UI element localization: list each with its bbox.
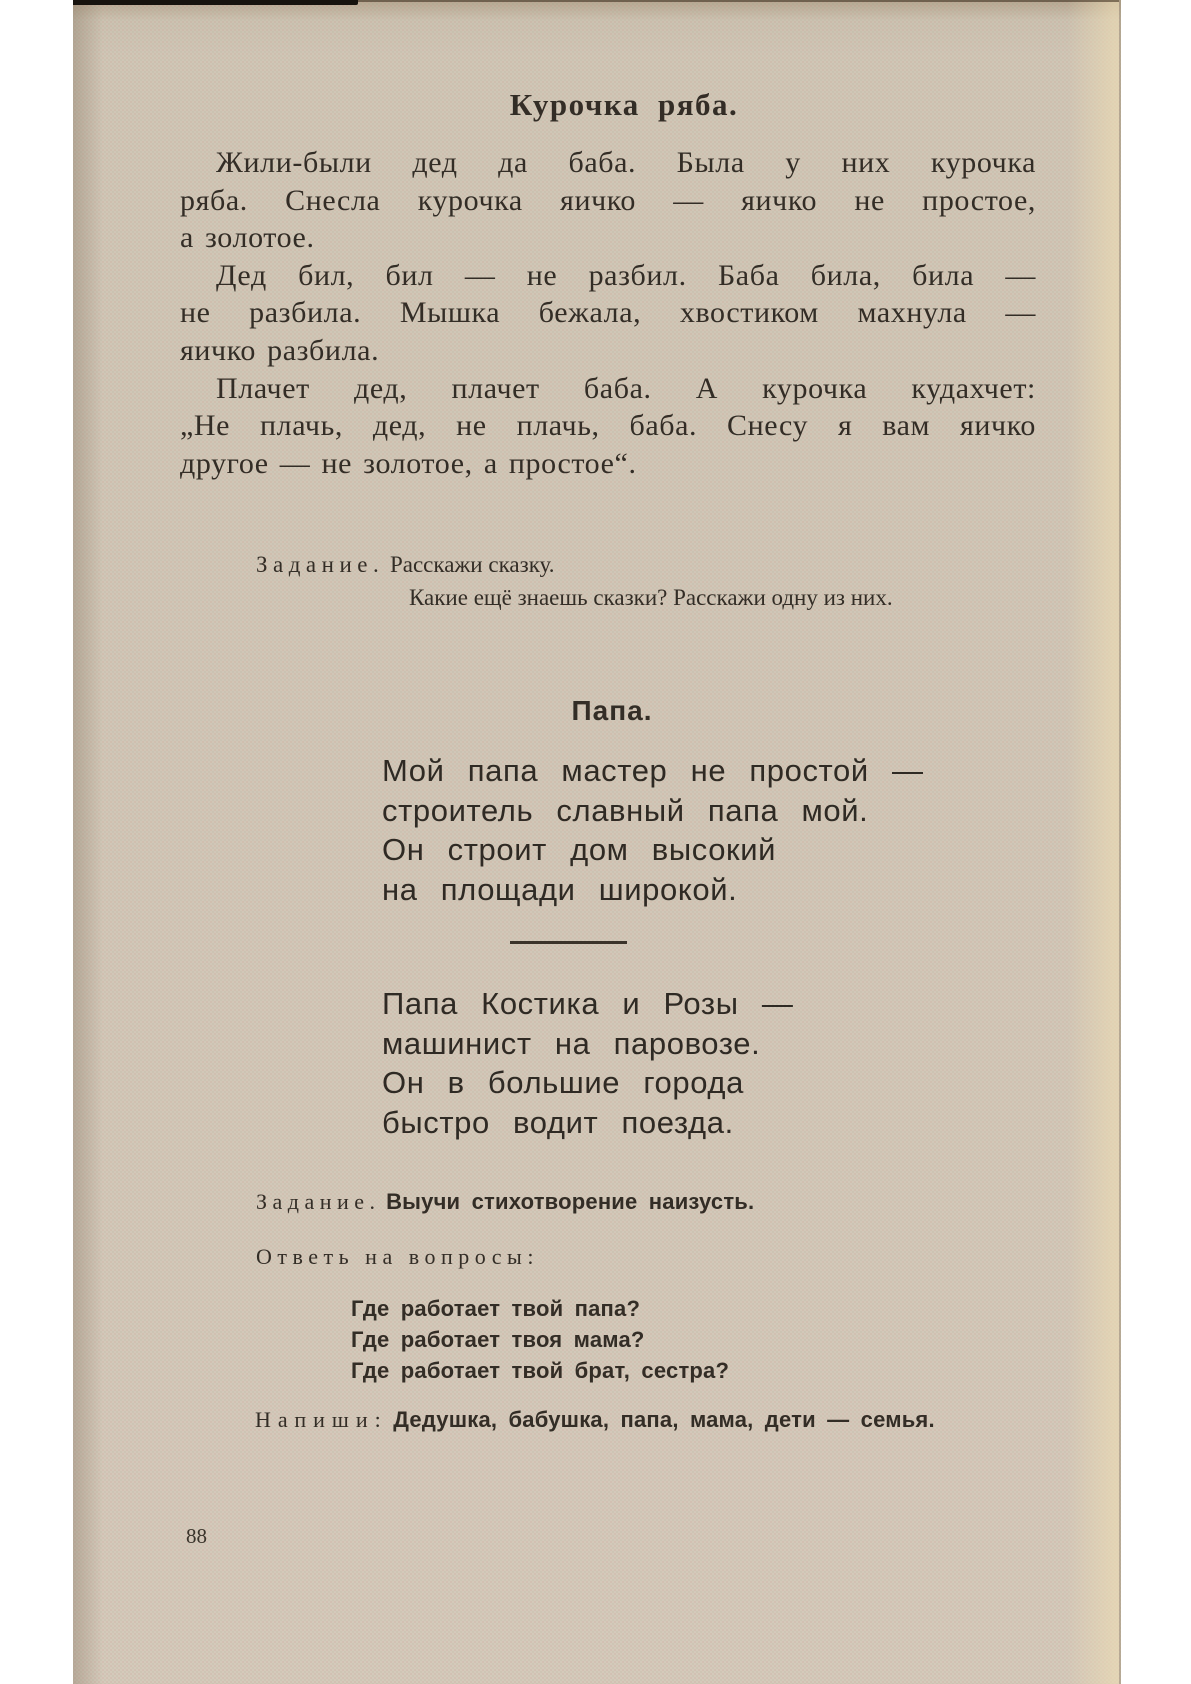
story-paragraph: Дед бил, бил — не разбил. Баба била, бил…	[180, 257, 1036, 370]
text-line: Папа Костика и Розы —	[382, 984, 942, 1024]
text-line: Плачет дед, плачет баба. А курочка кудах…	[180, 370, 1036, 408]
story-paragraph: Плачет дед, плачет баба. А курочка кудах…	[180, 370, 1036, 483]
text-line: „Не плачь, дед, не плачь, баба. Снесу я …	[180, 407, 1036, 445]
text-line: быстро водит поезда.	[382, 1103, 942, 1143]
text-line: а золотое.	[180, 219, 1036, 257]
text-line: Он строит дом высокий	[382, 830, 942, 870]
task-label: Задание.	[256, 1189, 381, 1214]
write-instruction: Напиши: Дедушка, бабушка, папа, мама, де…	[255, 1404, 935, 1436]
page-top-edge-mark	[73, 0, 358, 5]
text-line: на площади широкой.	[382, 870, 942, 910]
task-text: Расскажи сказку.	[390, 552, 555, 577]
answer-questions-label: Ответь на вопросы:	[256, 1241, 539, 1273]
task-label: Задание.	[256, 552, 384, 577]
story-task: Задание. Расскажи сказку. Какие ещё знае…	[256, 548, 1096, 614]
text-line: Мой папа мастер не простой —	[382, 751, 942, 791]
page-number: 88	[186, 1526, 207, 1547]
page-left-edge-shadow	[73, 0, 103, 1684]
text-line: строитель славный папа мой.	[382, 791, 942, 831]
write-text: Дедушка, бабушка, папа, мама, дети — сем…	[393, 1407, 935, 1432]
story-text: Жили-были дед да баба. Была у них курочк…	[180, 144, 1036, 482]
text-line: Жили-были дед да баба. Была у них курочк…	[180, 144, 1036, 182]
questions-list: Где работает твой папа?Где работает твоя…	[351, 1293, 729, 1386]
task-text: Выучи стихотворение наизусть.	[386, 1189, 754, 1214]
book-page: Курочка ряба. Жили-были дед да баба. Был…	[73, 0, 1121, 1684]
screenshot-stage: Курочка ряба. Жили-были дед да баба. Был…	[0, 0, 1191, 1684]
text-line: Дед бил, бил — не разбил. Баба била, бил…	[180, 257, 1036, 295]
poem-stanza-2: Папа Костика и Розы —машинист на паровоз…	[382, 984, 942, 1142]
text-line: яичко разбила.	[180, 332, 1036, 370]
poem-stanza-1: Мой папа мастер не простой —строитель сл…	[382, 751, 942, 909]
text-line: Где работает твой папа?	[351, 1293, 729, 1324]
text-line: ряба. Снесла курочка яичко — яичко не пр…	[180, 182, 1036, 220]
text-line: Где работает твоя мама?	[351, 1324, 729, 1355]
story-title: Курочка ряба.	[300, 86, 948, 123]
text-line: другое — не золотое, а простое“.	[180, 445, 1036, 483]
text-line: машинист на паровозе.	[382, 1024, 942, 1064]
text-line: не разбила. Мышка бежала, хвостиком махн…	[180, 294, 1036, 332]
stanza-divider	[510, 941, 627, 944]
write-label: Напиши:	[255, 1407, 388, 1432]
story-paragraph: Жили-были дед да баба. Была у них курочк…	[180, 144, 1036, 257]
page-right-edge-highlight	[1067, 0, 1119, 1684]
poem-title: Папа.	[312, 694, 912, 728]
text-line: Он в большие города	[382, 1063, 942, 1103]
poem-task: Задание. Выучи стихотворение наизусть.	[256, 1186, 754, 1218]
text-line: Где работает твой брат, сестра?	[351, 1355, 729, 1386]
story-task-line-2: Какие ещё знаешь сказки? Расскажи одну и…	[256, 581, 1096, 614]
story-task-line-1: Задание. Расскажи сказку.	[256, 548, 1096, 581]
